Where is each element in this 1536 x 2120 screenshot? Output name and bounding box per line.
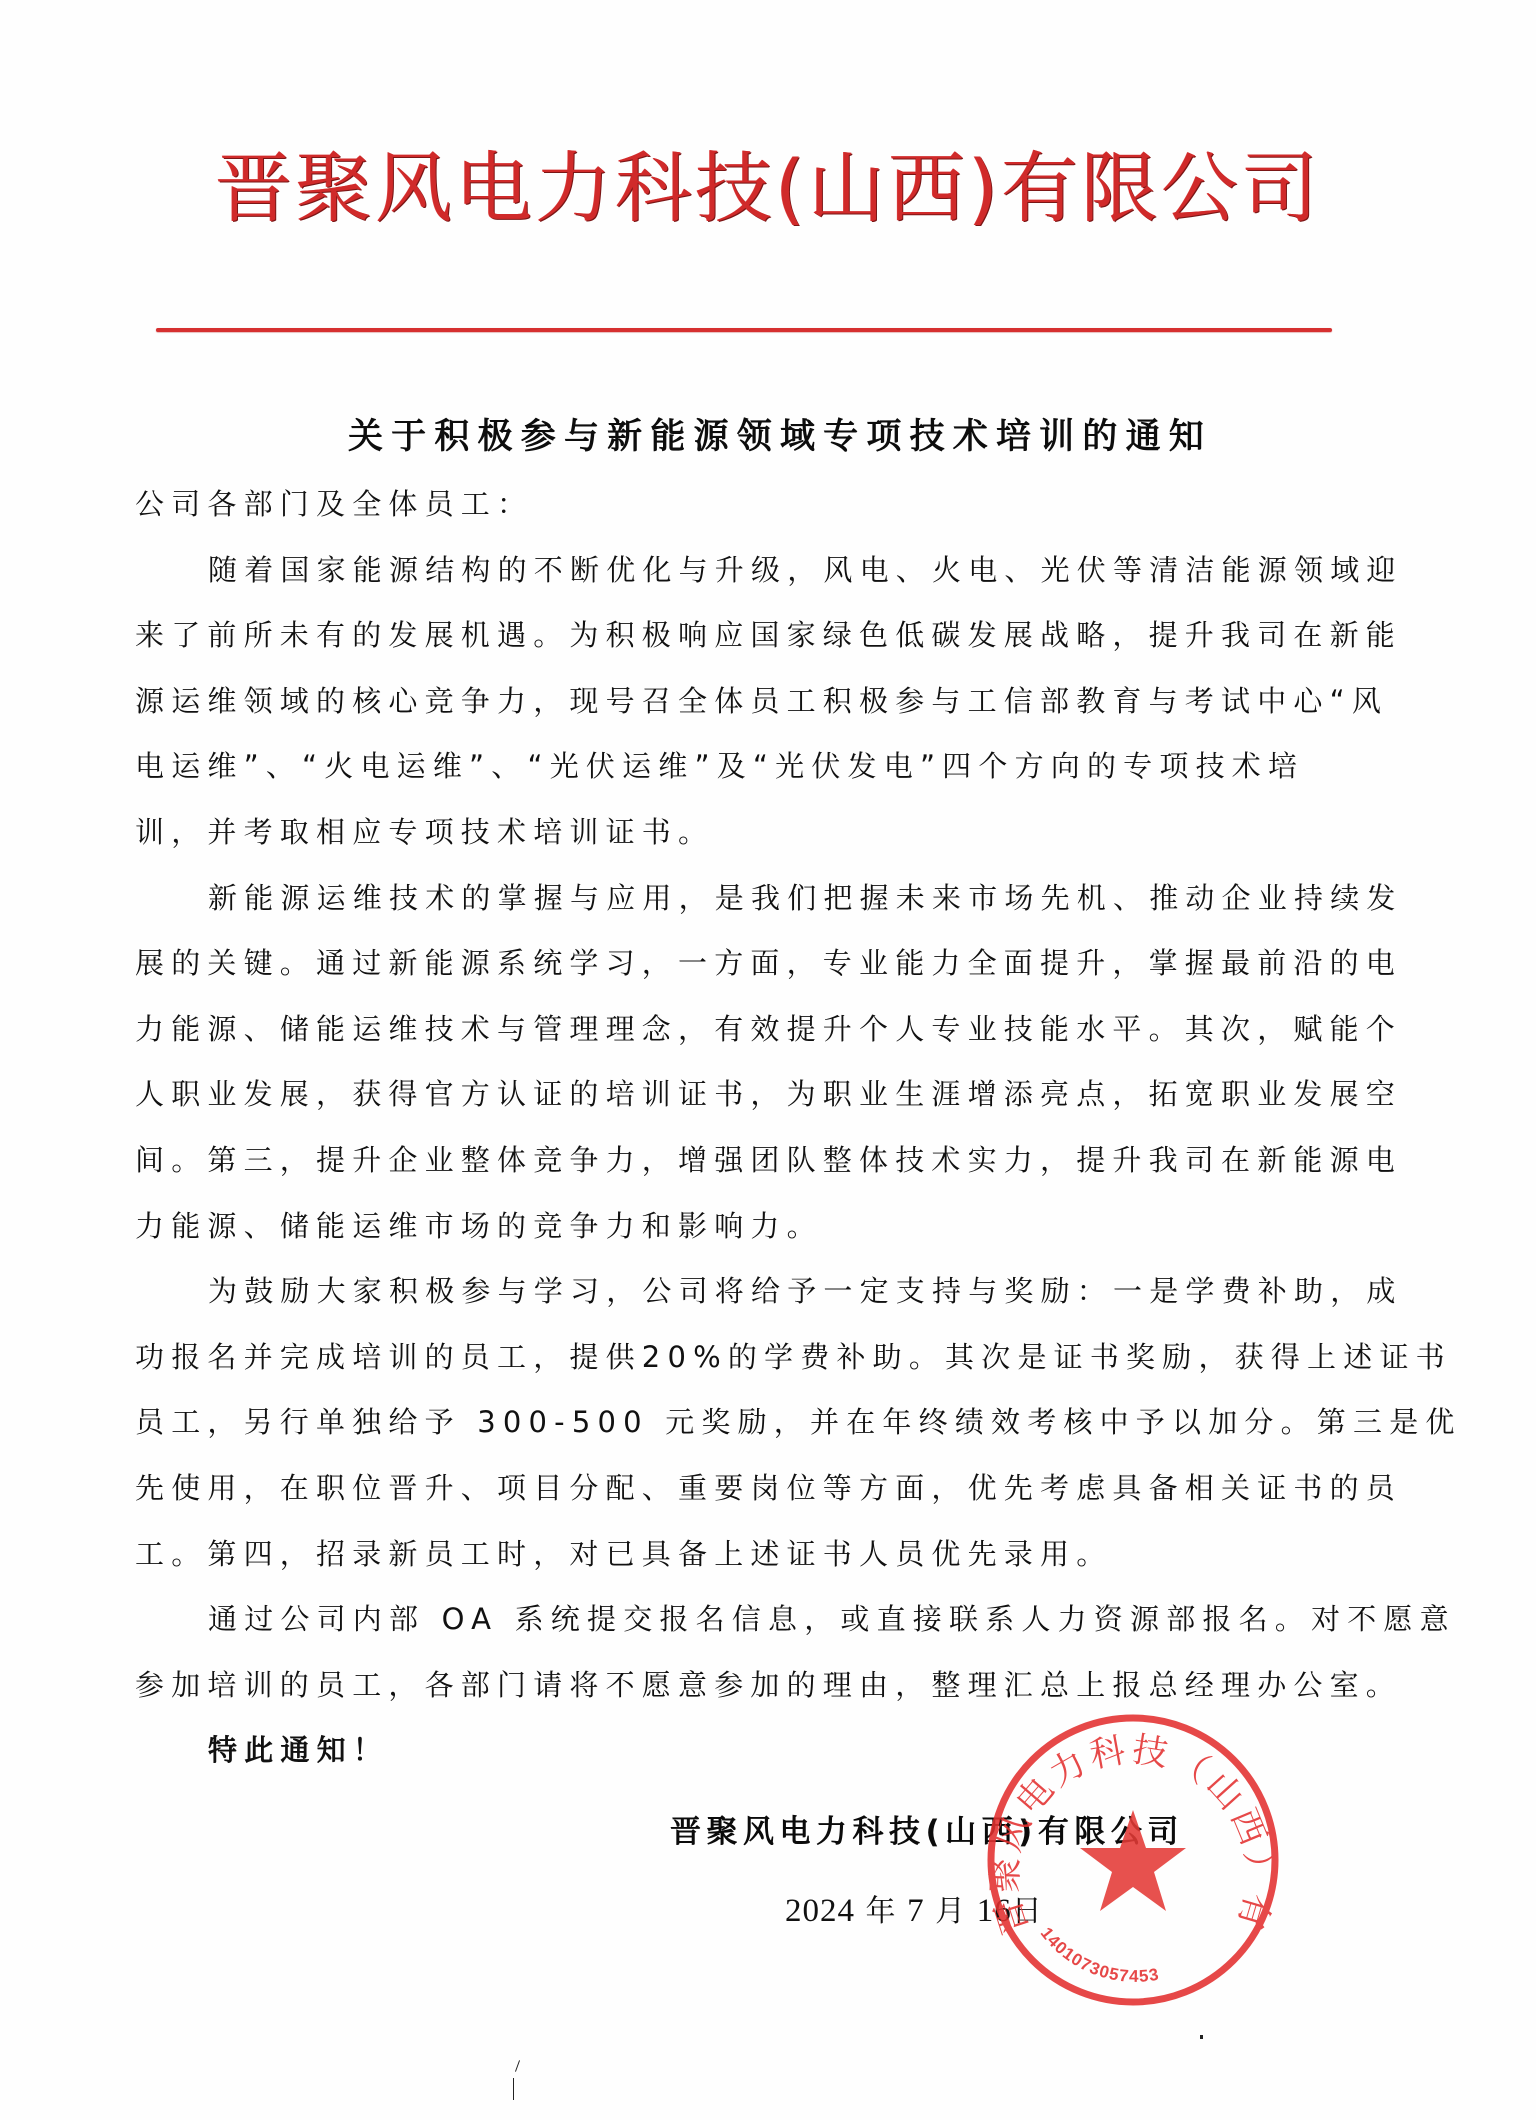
paragraph-line: 通过公司内部 OA 系统提交报名信息，或直接联系人力资源部报名。对不愿意 — [135, 1587, 1425, 1653]
paragraph-line: 先使用，在职位晋升、项目分配、重要岗位等方面，优先考虑具备相关证书的员 — [135, 1456, 1425, 1522]
paragraph-line: 随着国家能源结构的不断优化与升级，风电、火电、光伏等清洁能源领域迎 — [135, 538, 1425, 604]
paragraph-line: 源运维领域的核心竞争力，现号召全体员工积极参与工信部教育与考试中心“风 — [135, 669, 1425, 735]
scan-speck — [1200, 2035, 1203, 2039]
star-icon — [1080, 1810, 1186, 1911]
paragraph-1: 随着国家能源结构的不断优化与升级，风电、火电、光伏等清洁能源领域迎 来了前所未有… — [135, 538, 1425, 866]
paragraph-4: 通过公司内部 OA 系统提交报名信息，或直接联系人力资源部报名。对不愿意 参加培… — [135, 1587, 1425, 1718]
paragraph-line: 展的关键。通过新能源系统学习，一方面，专业能力全面提升，掌握最前沿的电 — [135, 931, 1425, 997]
salutation: 公司各部门及全体员工： — [135, 472, 1425, 538]
paragraph-line: 为鼓励大家积极参与学习，公司将给予一定支持与奖励：一是学费补助，成 — [135, 1259, 1425, 1325]
paragraph-line: 力能源、储能运维市场的竞争力和影响力。 — [135, 1194, 1425, 1260]
paragraph-line: 功报名并完成培训的员工，提供20%的学费补助。其次是证书奖励，获得上述证书 — [135, 1325, 1425, 1391]
paragraph-line: 人职业发展，获得官方认证的培训证书，为职业生涯增添亮点，拓宽职业发展空 — [135, 1062, 1425, 1128]
scan-scratch — [513, 2078, 514, 2100]
paragraph-line: 员工，另行单独给予 300-500 元奖励，并在年终绩效考核中予以加分。第三是优 — [135, 1390, 1425, 1456]
paragraph-line: 工。第四，招录新员工时，对已具备上述证书人员优先录用。 — [135, 1522, 1425, 1588]
paragraph-line: 电运维”、“火电运维”、“光伏运维”及“光伏发电”四个方向的专项技术培 — [135, 734, 1425, 800]
seal-arc-text: 晋聚风电力科技（山西）有限公司 — [978, 1705, 1279, 1940]
paragraph-line: 间。第三，提升企业整体竞争力，增强团队整体技术实力，提升我司在新能源电 — [135, 1128, 1425, 1194]
date-year-unit: 年 — [866, 1894, 897, 1929]
notice-title: 关于积极参与新能源领域专项技术培训的通知 — [300, 412, 1260, 462]
paragraph-2: 新能源运维技术的掌握与应用，是我们把握未来市场先机、推动企业持续发 展的关键。通… — [135, 866, 1425, 1260]
paragraph-line: 训，并考取相应专项技术培训证书。 — [135, 800, 1425, 866]
paragraph-line: 力能源、储能运维技术与管理理念，有效提升个人专业技能水平。其次，赋能个 — [135, 997, 1425, 1063]
paragraph-line: 来了前所未有的发展机遇。为积极响应国家绿色低碳发展战略，提升我司在新能 — [135, 603, 1425, 669]
notice-body: 公司各部门及全体员工： 随着国家能源结构的不断优化与升级，风电、火电、光伏等清洁… — [135, 472, 1425, 1784]
date-month-unit: 月 — [935, 1894, 966, 1929]
scan-scratch — [515, 2060, 520, 2072]
date-month: 7 — [907, 1893, 925, 1929]
document-page: 晋聚风电力科技(山西)有限公司 关于积极参与新能源领域专项技术培训的通知 公司各… — [0, 0, 1536, 2120]
paragraph-line: 新能源运维技术的掌握与应用，是我们把握未来市场先机、推动企业持续发 — [135, 866, 1425, 932]
letterhead-red-rule — [156, 328, 1332, 332]
date-year: 2024 — [785, 1893, 855, 1929]
paragraph-3: 为鼓励大家积极参与学习，公司将给予一定支持与奖励：一是学费补助，成 功报名并完成… — [135, 1259, 1425, 1587]
company-seal: 晋聚风电力科技（山西）有限公司 1401073057453 — [978, 1705, 1288, 2015]
letterhead-company-name: 晋聚风电力科技(山西)有限公司 — [150, 140, 1386, 240]
